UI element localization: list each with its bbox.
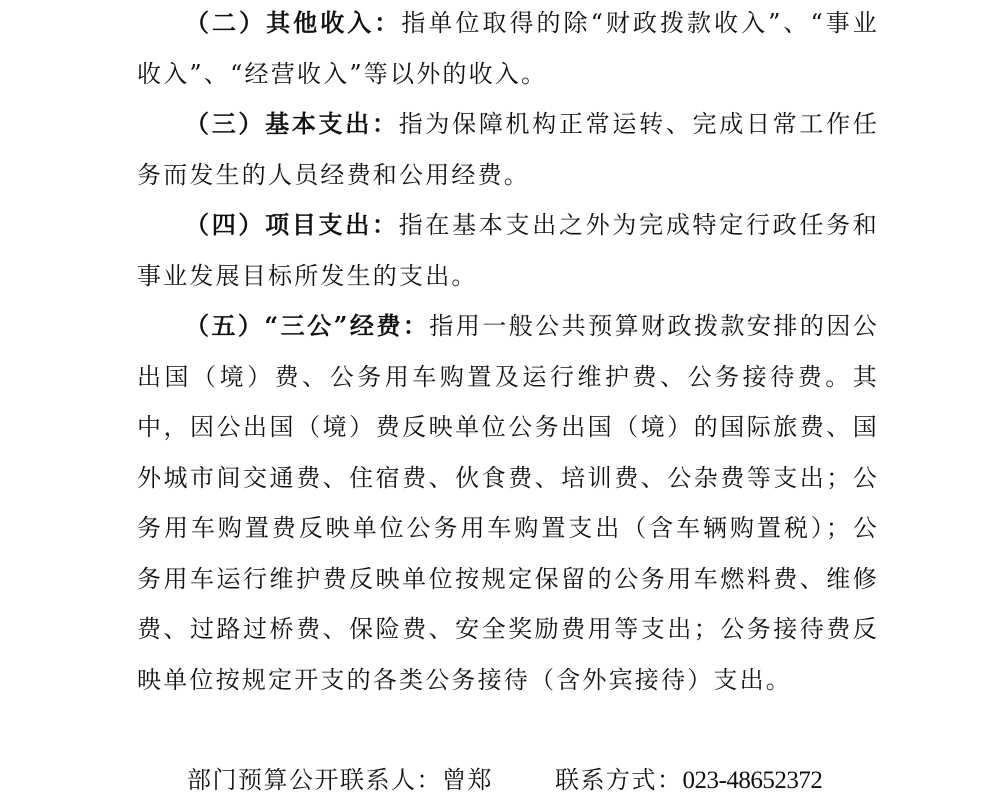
paragraph-basic-expenditure: （三）基本支出：指为保障机构正常运转、完成日常工作任务而发生的人员经费和公用经费… <box>137 99 879 200</box>
contact-person-label: 部门预算公开联系人： <box>187 760 442 800</box>
paragraph-other-income: （二）其他收入：指单位取得的除“财政拨款收入”、“事业收入”、“经营收入”等以外… <box>137 0 879 99</box>
document-body: （二）其他收入：指单位取得的除“财政拨款收入”、“事业收入”、“经营收入”等以外… <box>137 0 879 705</box>
term-three-public-expenses: （五）“三公”经费： <box>185 311 429 340</box>
term-other-income: （二）其他收入： <box>185 8 401 37</box>
paragraph-project-expenditure: （四）项目支出：指在基本支出之外为完成特定行政任务和事业发展目标所发生的支出。 <box>137 200 879 301</box>
definition-three-public-expenses: 指用一般公共预算财政拨款安排的因公出国（境）费、公务用车购置及运行维护费、公务接… <box>137 312 879 694</box>
term-basic-expenditure: （三）基本支出： <box>185 109 399 138</box>
contact-phone-number: 023-48652372 <box>683 767 823 794</box>
contact-person-name: 曾郑 <box>442 766 493 794</box>
paragraph-three-public-expenses: （五）“三公”经费：指用一般公共预算财政拨款安排的因公出国（境）费、公务用车购置… <box>137 301 879 705</box>
contact-footer: 部门预算公开联系人：曾郑联系方式：023-48652372 <box>187 760 822 801</box>
term-project-expenditure: （四）项目支出： <box>185 210 399 239</box>
contact-method-label: 联系方式： <box>555 760 683 800</box>
